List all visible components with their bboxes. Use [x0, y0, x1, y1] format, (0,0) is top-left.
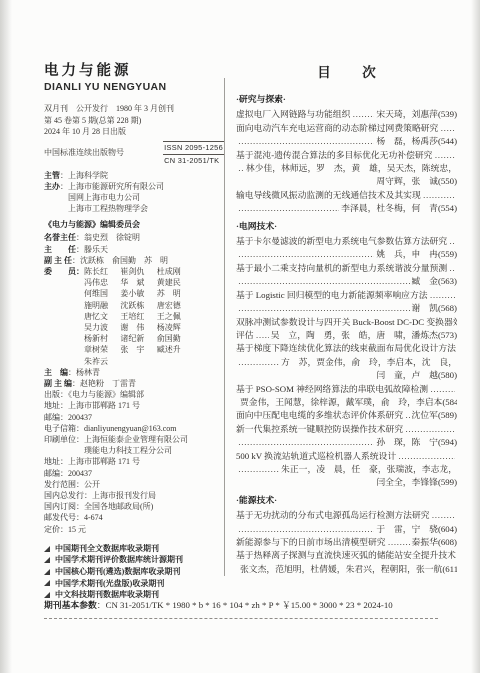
- field-colon: ：: [76, 513, 84, 522]
- field-line: 主 编：杨林青: [44, 367, 224, 378]
- journal-title: 电力与能源: [44, 62, 224, 80]
- toc-entry-line: 双脉冲测试参数设计与四开关 Buck-Boost DC-DC 变换器效率: [236, 316, 457, 329]
- field-value: 上海市邯郸路 171 号: [68, 457, 140, 466]
- field-value: 滕乐天: [84, 245, 108, 254]
- member-name: 陈长红: [84, 266, 120, 277]
- dot-leader: …………………………………………………………………………………………………………: [405, 409, 409, 422]
- toc-text: 秦振华(608): [412, 536, 457, 549]
- field-value: 沈跃栋 俞国勤 苏 明: [80, 256, 168, 265]
- field-label: 印刷单位: [44, 435, 76, 444]
- field-label: 国内订阅: [44, 502, 76, 511]
- toc-text: 姚 兵，申 冉(559): [376, 248, 457, 261]
- field-line: 主 任：滕乐天: [44, 244, 224, 255]
- committee-heading: 《电力与能源》编辑委员会: [44, 219, 224, 230]
- dot-leader: …………………………………………………………………………………………………………: [432, 509, 455, 522]
- database-badges: 中国期刊全文数据库收录期刊中国学术期刊评价数据库统计源期刊中国核心期刊(遴选)数…: [44, 543, 224, 601]
- field-line: 邮编：200437: [44, 468, 224, 479]
- triangle-badge-icon: [44, 592, 50, 598]
- member-row: 委 员：杨新村诸纪新俞国勤: [44, 333, 224, 344]
- footer-label: 期刊基本参数: [44, 600, 97, 610]
- member-name: 王之佩: [157, 311, 193, 322]
- dot-leader: …………………………………………………………………………………………………………: [449, 262, 455, 275]
- cn-number: CN 31-2051/TK: [163, 155, 224, 166]
- toc-text: 谢 凯(568): [412, 302, 457, 315]
- toc-text: 闫 童，卢 越(580): [376, 369, 457, 382]
- member-name: 张 宇: [120, 344, 156, 355]
- toc-entry: 基于梯度下降连续优化算法的线束截面布局优化设计方法…………………………………………: [236, 342, 457, 382]
- toc-entry-line: 基于 Logistic 回归模型的电力新能源频率响应方法…………………………………: [236, 289, 457, 302]
- member-row: 委 员：吴力波谢 伟杨凌辉: [44, 322, 224, 333]
- toc-entry-line: 闫 童，卢 越(580): [236, 369, 457, 382]
- toc-entry: 基于 Logistic 回归模型的电力新能源频率响应方法…………………………………: [236, 289, 457, 316]
- field-label: 主 任: [44, 245, 76, 254]
- field-colon: ：: [72, 256, 80, 265]
- toc-entry-line: 周守辉，张 诚(550): [236, 175, 457, 188]
- toc-sections: ·研究与探索·虚拟电厂入网链路与功能组织………………………………………………………: [236, 93, 457, 576]
- toc-entry-line: 虚拟电厂入网链路与功能组织…………………………………………………………………………: [236, 108, 457, 121]
- scan-edge-left: [0, 0, 12, 673]
- toc-text: 基于梯度下降连续优化算法的线束截面布局优化设计方法: [236, 342, 456, 355]
- toc-entry-line: 基于最小二乘支持向量机的新型电力系统谐波分量预测……………………………………………: [236, 262, 457, 275]
- issn-box: ISSN 2095-1256 CN 31-2051/TK: [163, 141, 224, 166]
- field-value: 杨林青: [76, 368, 100, 377]
- journal-basic-parameters: 期刊基本参数：CN 31-2051/TK * 1980 * b * 16 * 1…: [44, 599, 438, 619]
- toc-entry-line: ……………………………………………………………………………………………………………: [236, 135, 457, 148]
- database-badge: 中国核心期刊(遴选)数据库收录期刊: [44, 566, 224, 578]
- masthead: 电力与能源 DIANLI YU NENGYUAN 双月刊 公开发行 1980 年…: [44, 62, 224, 601]
- toc-text: 朱正一，凌 晨，任 豪，张瑞波，李志龙，: [281, 463, 457, 476]
- member-row: 委 员：施明融沈跃栋唐宏德: [44, 300, 224, 311]
- toc-entry-line: 评估………………………………………………………………………………………………………: [236, 329, 457, 342]
- toc-text: 虚拟电厂入网链路与功能组织: [236, 108, 350, 121]
- field-colon: ：: [76, 245, 84, 254]
- field-label: 邮发代号: [44, 513, 76, 522]
- dot-leader: …………………………………………………………………………………………………………: [423, 189, 455, 202]
- field-label: 副 主 任: [44, 256, 72, 265]
- field-value: 200437: [68, 469, 92, 478]
- toc-text: 贾金伟，王闻慧，徐梓源，戴军璞，俞 玲，李启本(584): [240, 396, 457, 409]
- footer-value: CN 31-2051/TK * 1980 * b * 16 * 104 * zh…: [106, 600, 393, 610]
- database-badge: 中国学术期刊评价数据库统计源期刊: [44, 554, 224, 566]
- toc-text: 双脉冲测试参数设计与四开关 Buck-Boost DC-DC 变换器效率: [236, 316, 457, 329]
- dot-leader: …………………………………………………………………………………………………………: [256, 329, 269, 342]
- field-value: dianliyunengyuan@163.com: [84, 424, 176, 433]
- database-badge: 中国学术期刊(光盘版)收录期刊: [44, 578, 224, 590]
- field-colon: ：: [76, 233, 84, 242]
- dot-leader: …………………………………………………………………………………………………………: [430, 289, 455, 302]
- toc-text: 评估: [236, 329, 254, 342]
- field-label: 地址: [44, 457, 60, 466]
- toc-entry-line: 基于无功扰动的分布式电源孤岛运行检测方法研究…………………………………………………: [236, 509, 457, 522]
- toc-entry: 虚拟电厂入网链路与功能组织…………………………………………………………………………: [236, 108, 457, 121]
- dot-leader: …………………………………………………………………………………………………………: [238, 523, 374, 536]
- toc-entry-line: ……………………………………………………………………………………………………………: [236, 302, 457, 315]
- field-line: 名誉主任：翁史烈 徐锭明: [44, 232, 224, 243]
- member-name: 朱祚云: [84, 356, 120, 367]
- field-value: 赵艳粉 丁雷青: [80, 379, 136, 388]
- toc-entry: 基于混沌-遗传混合算法的多目标优化无功补偿研究………………………………………………: [236, 149, 457, 189]
- member-name: 谢 伟: [120, 322, 156, 333]
- field-line: 国内订阅：全国各地邮政局(所): [44, 501, 224, 512]
- toc-text: 输电导线微风振动监测的无线通信技术及其实现: [236, 189, 421, 202]
- dot-leader: …………………………………………………………………………………………………………: [440, 122, 455, 135]
- field-line: 印刷单位：上海恒能泰企业管理有限公司: [44, 434, 224, 445]
- toc-entry-line: 基于 PSO-SOM 神经网络算法的串联电弧故障检测………………………………………: [236, 383, 457, 396]
- badge-label: 中国学术期刊评价数据库统计源期刊: [55, 554, 183, 566]
- badge-label: 中国学术期刊(光盘版)收录期刊: [55, 578, 164, 590]
- field-colon: ：: [84, 491, 92, 500]
- toc-entry-line: ……………………………………………………………………………………………………………: [236, 523, 457, 536]
- toc-entry-line: ……………………………………………………………………………………………………………: [236, 436, 457, 449]
- toc-text: 李泽晨，杜冬梅，何 青(554): [341, 202, 457, 215]
- field-colon: ：: [60, 390, 68, 399]
- toc-entry: 输电导线微风振动监测的无线通信技术及其实现……………………………………………………: [236, 189, 457, 216]
- toc-text: 方 苏，贾金伟，俞 玲，李启本，沈 良，: [281, 356, 457, 369]
- field-value: 《电力与能源》编辑部: [68, 390, 144, 399]
- field-label: 国内总发行: [44, 491, 84, 500]
- toc-section: ·能源技术·基于无功扰动的分布式电源孤岛运行检测方法研究…………………………………: [236, 494, 457, 576]
- field-value: 上海市邯郸路 171 号: [68, 401, 140, 410]
- field-colon: ：: [60, 469, 68, 478]
- field-extra-line: 上海市工程热物理学会: [44, 203, 224, 214]
- issue-info-line: 双月刊 公开发行 1980 年 3 月创刊: [44, 103, 224, 115]
- field-label: 电子信箱: [44, 424, 76, 433]
- field-line: 发行范围：公开: [44, 479, 224, 490]
- toc-section: ·电网技术·基于卡尔曼滤波的新型电力系统电气参数估算方法研究……………………………: [236, 220, 457, 490]
- toc-entry: 基于无功扰动的分布式电源孤岛运行检测方法研究…………………………………………………: [236, 509, 457, 536]
- toc-entry: 新一代集控系统一键顺控防误操作技术研究…………………………………………………………: [236, 423, 457, 450]
- toc-entry-line: 闫全全，李锋锋(599): [236, 476, 457, 489]
- issn-number: ISSN 2095-1256: [163, 142, 224, 155]
- field-value: 15 元: [68, 525, 86, 534]
- toc-text: 吴 立，陶 勇，张 皓，唐 啸，潘炼杰(573): [271, 329, 457, 342]
- triangle-badge-icon: [44, 569, 50, 575]
- toc-text: 基于无功扰动的分布式电源孤岛运行检测方法研究: [236, 509, 430, 522]
- toc-text: 新一代集控系统一键顺控防误操作技术研究: [236, 423, 403, 436]
- field-label: 出版: [44, 390, 60, 399]
- toc-text: 面向电动汽车充电运营商的动态阶梯过网费策略研究: [236, 122, 438, 135]
- issue-info-line: 2024 年 10 月 28 日出版: [44, 126, 224, 138]
- member-name: 沈跃栋: [120, 300, 156, 311]
- toc-text: 基于热释离子探测与直流快速灭弧的储能站安全提升技术: [236, 549, 456, 562]
- field-label: 邮编: [44, 469, 60, 478]
- member-row: 委 员：唐忆文王培红王之佩: [44, 311, 224, 322]
- field-colon: ：: [60, 413, 68, 422]
- toc-entry-line: 500 kV 换流站轨道式巡检机器人系统设计…………………………………………………: [236, 450, 457, 463]
- toc-section: ·研究与探索·虚拟电厂入网链路与功能组织………………………………………………………: [236, 93, 457, 216]
- toc-entry: 500 kV 换流站轨道式巡检机器人系统设计…………………………………………………: [236, 450, 457, 490]
- field-label: 主管: [44, 171, 60, 180]
- toc-entry-line: ……………………………………………………………………………………………………………: [236, 275, 457, 288]
- member-row: 委 员：何维国姜小敏苏 明: [44, 288, 224, 299]
- member-name: 杨新村: [84, 333, 120, 344]
- field-line: 副 主 任：沈跃栋 俞国勤 苏 明: [44, 255, 224, 266]
- member-name: 臧述升: [157, 344, 193, 355]
- field-colon: ：: [60, 182, 68, 191]
- field-line: 出版：《电力与能源》编辑部: [44, 389, 224, 400]
- triangle-badge-icon: [44, 580, 50, 586]
- toc-text: 面向中压配电电缆的多维状态评价体系研究: [236, 409, 403, 422]
- toc-entry-line: ……………………………………………………………………………………………………………: [236, 356, 457, 369]
- field-label: 发行范围: [44, 480, 76, 489]
- scan-edge-right: [471, 0, 480, 673]
- field-line: 主管：上海科学院: [44, 170, 224, 181]
- field-colon: ：: [72, 379, 80, 388]
- toc-entry-line: ……………………………………………………………………………………………………………: [236, 248, 457, 261]
- badge-label: 中国期刊全文数据库收录期刊: [55, 543, 159, 555]
- dot-leader: …………………………………………………………………………………………………………: [238, 463, 279, 476]
- member-name: 俞国勤: [157, 333, 193, 344]
- toc-entry-line: 面向电动汽车充电运营商的动态阶梯过网费策略研究………………………………………………: [236, 122, 457, 135]
- field-colon: ：: [60, 525, 68, 534]
- member-name: 何维国: [84, 288, 120, 299]
- member-name: 诸纪新: [120, 333, 156, 344]
- sponsor-fields: 主管：上海科学院主办：上海市能源研究所有限公司国网上海市电力公司上海市工程热物理…: [44, 170, 224, 215]
- member-row: 委 员：陈长红崔剑仇杜成刚: [44, 266, 224, 277]
- field-value: 上海市报刊发行局: [92, 491, 156, 500]
- field-colon: ：: [60, 457, 68, 466]
- member-name: 崔剑仇: [120, 266, 156, 277]
- issue-info: 双月刊 公开发行 1980 年 3 月创刊第 45 卷第 5 期(总第 228 …: [44, 103, 224, 138]
- toc-entry-line: 输电导线微风振动监测的无线通信技术及其实现……………………………………………………: [236, 189, 457, 202]
- field-line: 地址：上海市邯郸路 171 号: [44, 456, 224, 467]
- dot-leader: …………………………………………………………………………………………………………: [238, 356, 279, 369]
- field-value: 翁史烈 徐锭明: [84, 233, 140, 242]
- field-colon: ：: [76, 435, 84, 444]
- toc-section-header: ·电网技术·: [236, 220, 457, 233]
- toc-text: 基于最小二乘支持向量机的新型电力系统谐波分量预测: [236, 262, 447, 275]
- toc-text: 宋天琦，刘惠萍(539): [376, 108, 457, 121]
- field-line: 国内总发行：上海市报刊发行局: [44, 490, 224, 501]
- field-value: 200437: [68, 413, 92, 422]
- field-line: 副 主 编：赵艳粉 丁雷青: [44, 378, 224, 389]
- member-name: 苏 明: [157, 288, 193, 299]
- toc-entry-line: 基于热释离子探测与直流快速灭弧的储能站安全提升技术…………………………………………: [236, 549, 457, 562]
- dot-leader: …………………………………………………………………………………………………………: [430, 383, 455, 396]
- member-name: 杨凌辉: [157, 322, 193, 333]
- dot-leader: …………………………………………………………………………………………………………: [238, 275, 410, 288]
- field-line: 邮发代号：4-674: [44, 512, 224, 523]
- members-label: 委 员：: [44, 266, 84, 277]
- member-name: 章树荣: [84, 344, 120, 355]
- table-of-contents: 目 次 ·研究与探索·虚拟电厂入网链路与功能组织……………………………………………: [236, 64, 457, 576]
- dot-leader: …………………………………………………………………………………………………………: [238, 248, 374, 261]
- field-extra-line: 国网上海市电力公司: [44, 192, 224, 203]
- toc-entry-line: ……………………………………………………………………………………………………………: [236, 563, 457, 576]
- committee-members: 委 员：陈长红崔剑仇杜成刚委 员：冯伟忠华 斌黄建民委 员：何维国姜小敏苏 明委…: [44, 266, 224, 367]
- field-colon: ：: [68, 368, 76, 377]
- member-name: 唐宏德: [157, 300, 193, 311]
- toc-entry-line: ……………………………………………………………………………………………………………: [236, 396, 457, 409]
- toc-entry: 新能源参与下的日前市场出清模型研究………………………………………………………………: [236, 536, 457, 549]
- toc-text: 张文杰，范旭明，杜倩媛，朱君兴，程朝阳，张一航(611): [240, 563, 457, 576]
- toc-text: 基于混沌-遗传混合算法的多目标优化无功补偿研究: [236, 149, 432, 162]
- toc-text: 500 kV 换流站轨道式巡检机器人系统设计: [236, 450, 396, 463]
- toc-text: 杨 磊，杨禹莎(544): [376, 135, 457, 148]
- dot-leader: …………………………………………………………………………………………………………: [238, 436, 374, 449]
- toc-entry: 基于最小二乘支持向量机的新型电力系统谐波分量预测……………………………………………: [236, 262, 457, 289]
- field-line: 邮编：200437: [44, 412, 224, 423]
- publication-fields: 出版：《电力与能源》编辑部地址：上海市邯郸路 171 号邮编：200437电子信…: [44, 389, 224, 535]
- dot-leader: …………………………………………………………………………………………………………: [398, 450, 455, 463]
- field-line: 主办：上海市能源研究所有限公司: [44, 181, 224, 192]
- column-divider-line: [224, 78, 225, 576]
- field-colon: ：: [60, 171, 68, 180]
- field-label: 主办: [44, 182, 60, 191]
- toc-text: 于 雷，宁 骁(604): [376, 523, 457, 536]
- dot-leader: …………………………………………………………………………………………………………: [388, 536, 410, 549]
- toc-entry: 基于卡尔曼滤波的新型电力系统电气参数估算方法研究……………………………………………: [236, 235, 457, 262]
- issn-label: 中国标准连续出版物号: [44, 141, 124, 158]
- dot-leader: …………………………………………………………………………………………………………: [352, 108, 374, 121]
- member-name: 吴力波: [84, 322, 120, 333]
- field-label: 邮编: [44, 413, 60, 422]
- member-name: 姜小敏: [120, 288, 156, 299]
- field-label: 定价: [44, 525, 60, 534]
- field-line: 地址：上海市邯郸路 171 号: [44, 400, 224, 411]
- toc-entry-line: ……………………………………………………………………………………………………………: [236, 162, 457, 175]
- dot-leader: …………………………………………………………………………………………………………: [238, 202, 339, 215]
- member-row: 委 员：章树荣张 宇臧述升: [44, 344, 224, 355]
- field-colon: ：: [60, 401, 68, 410]
- committee-roles: 名誉主任：翁史烈 徐锭明主 任：滕乐天副 主 任：沈跃栋 俞国勤 苏 明: [44, 232, 224, 266]
- toc-text: 闫全全，李锋锋(599): [376, 476, 457, 489]
- field-extra-line: 璞能电力科技工程分公司: [44, 445, 224, 456]
- issn-row: 中国标准连续出版物号 ISSN 2095-1256 CN 31-2051/TK: [44, 141, 224, 166]
- toc-entry: 基于 PSO-SOM 神经网络算法的串联电弧故障检测………………………………………: [236, 383, 457, 410]
- toc-text: 林少佳，林师远，罗 杰，黄 雄，吴天杰，陈统忠，: [246, 162, 457, 175]
- toc-entry-line: 新一代集控系统一键顺控防误操作技术研究…………………………………………………………: [236, 423, 457, 436]
- member-name: 王培红: [120, 311, 156, 322]
- issue-info-line: 第 45 卷第 5 期(总第 228 期): [44, 115, 224, 127]
- field-value: 4-674: [84, 513, 103, 522]
- toc-text: 沈位军(589): [412, 409, 457, 422]
- toc-entry-line: 面向中压配电电缆的多维状态评价体系研究…………………………………………………………: [236, 409, 457, 422]
- field-value: 上海市能源研究所有限公司: [68, 182, 164, 191]
- toc-text: 基于卡尔曼滤波的新型电力系统电气参数估算方法研究: [236, 235, 447, 248]
- field-value: 上海科学院: [68, 171, 108, 180]
- field-value: 公开: [84, 480, 100, 489]
- toc-entry: 面向电动汽车充电运营商的动态阶梯过网费策略研究………………………………………………: [236, 122, 457, 149]
- toc-entry-line: ……………………………………………………………………………………………………………: [236, 202, 457, 215]
- field-value: 全国各地邮政局(所): [84, 502, 153, 511]
- member-name: 冯伟忠: [84, 277, 120, 288]
- toc-entry: 双脉冲测试参数设计与四开关 Buck-Boost DC-DC 变换器效率评估………: [236, 316, 457, 343]
- toc-entry-line: 基于梯度下降连续优化算法的线束截面布局优化设计方法…………………………………………: [236, 342, 457, 355]
- field-line: 电子信箱：dianliyunengyuan@163.com: [44, 423, 224, 434]
- toc-text: 臧 金(563): [412, 275, 457, 288]
- dot-leader: …………………………………………………………………………………………………………: [449, 235, 455, 248]
- member-row: 委 员：冯伟忠华 斌黄建民: [44, 277, 224, 288]
- database-badge: 中国期刊全文数据库收录期刊: [44, 543, 224, 555]
- dot-leader: …………………………………………………………………………………………………………: [238, 135, 374, 148]
- toc-section-header: ·能源技术·: [236, 494, 457, 507]
- dot-leader: …………………………………………………………………………………………………………: [434, 149, 455, 162]
- member-name: 华 斌: [120, 277, 156, 288]
- field-colon: ：: [76, 424, 84, 433]
- toc-title: 目 次: [236, 64, 457, 82]
- dot-leader: …………………………………………………………………………………………………………: [238, 302, 410, 315]
- member-row: 委 员：朱祚云: [44, 356, 224, 367]
- field-label: 主 编: [44, 368, 68, 377]
- editors: 主 编：杨林青副 主 编：赵艳粉 丁雷青: [44, 367, 224, 389]
- toc-text: 基于 Logistic 回归模型的电力新能源频率响应方法: [236, 289, 428, 302]
- triangle-badge-icon: [44, 546, 50, 552]
- member-name: 唐忆文: [84, 311, 120, 322]
- member-name: 施明融: [84, 300, 120, 311]
- field-colon: ：: [76, 480, 84, 489]
- toc-entry-line: ……………………………………………………………………………………………………………: [236, 463, 457, 476]
- field-value: 上海恒能泰企业管理有限公司: [84, 435, 188, 444]
- field-label: 名誉主任: [44, 233, 76, 242]
- toc-text: 新能源参与下的日前市场出清模型研究: [236, 536, 386, 549]
- field-line: 定价：15 元: [44, 524, 224, 535]
- toc-entry: 基于热释离子探测与直流快速灭弧的储能站安全提升技术…………………………………………: [236, 549, 457, 576]
- badge-label: 中国核心期刊(遴选)数据库收录期刊: [55, 566, 180, 578]
- toc-section-header: ·研究与探索·: [236, 93, 457, 106]
- field-label: 地址: [44, 401, 60, 410]
- toc-entry-line: 新能源参与下的日前市场出清模型研究………………………………………………………………: [236, 536, 457, 549]
- toc-text: 孙 琛，陈 宁(594): [376, 436, 457, 449]
- field-label: 副 主 编: [44, 379, 72, 388]
- toc-entry: 面向中压配电电缆的多维状态评价体系研究…………………………………………………………: [236, 409, 457, 422]
- toc-text: 基于 PSO-SOM 神经网络算法的串联电弧故障检测: [236, 383, 428, 396]
- member-name: 黄建民: [157, 277, 193, 288]
- toc-text: 周守辉，张 诚(550): [376, 175, 457, 188]
- footer-colon: ：: [97, 600, 106, 610]
- member-name: 杜成刚: [157, 266, 193, 277]
- dot-leader: …………………………………………………………………………………………………………: [405, 423, 455, 436]
- toc-entry-line: 基于卡尔曼滤波的新型电力系统电气参数估算方法研究……………………………………………: [236, 235, 457, 248]
- field-colon: ：: [76, 502, 84, 511]
- dot-leader: …………………………………………………………………………………………………………: [238, 162, 244, 175]
- journal-title-romanized: DIANLI YU NENGYUAN: [44, 80, 224, 94]
- triangle-badge-icon: [44, 557, 50, 563]
- journal-toc-page: 电力与能源 DIANLI YU NENGYUAN 双月刊 公开发行 1980 年…: [0, 0, 480, 673]
- toc-entry-line: 基于混沌-遗传混合算法的多目标优化无功补偿研究………………………………………………: [236, 149, 457, 162]
